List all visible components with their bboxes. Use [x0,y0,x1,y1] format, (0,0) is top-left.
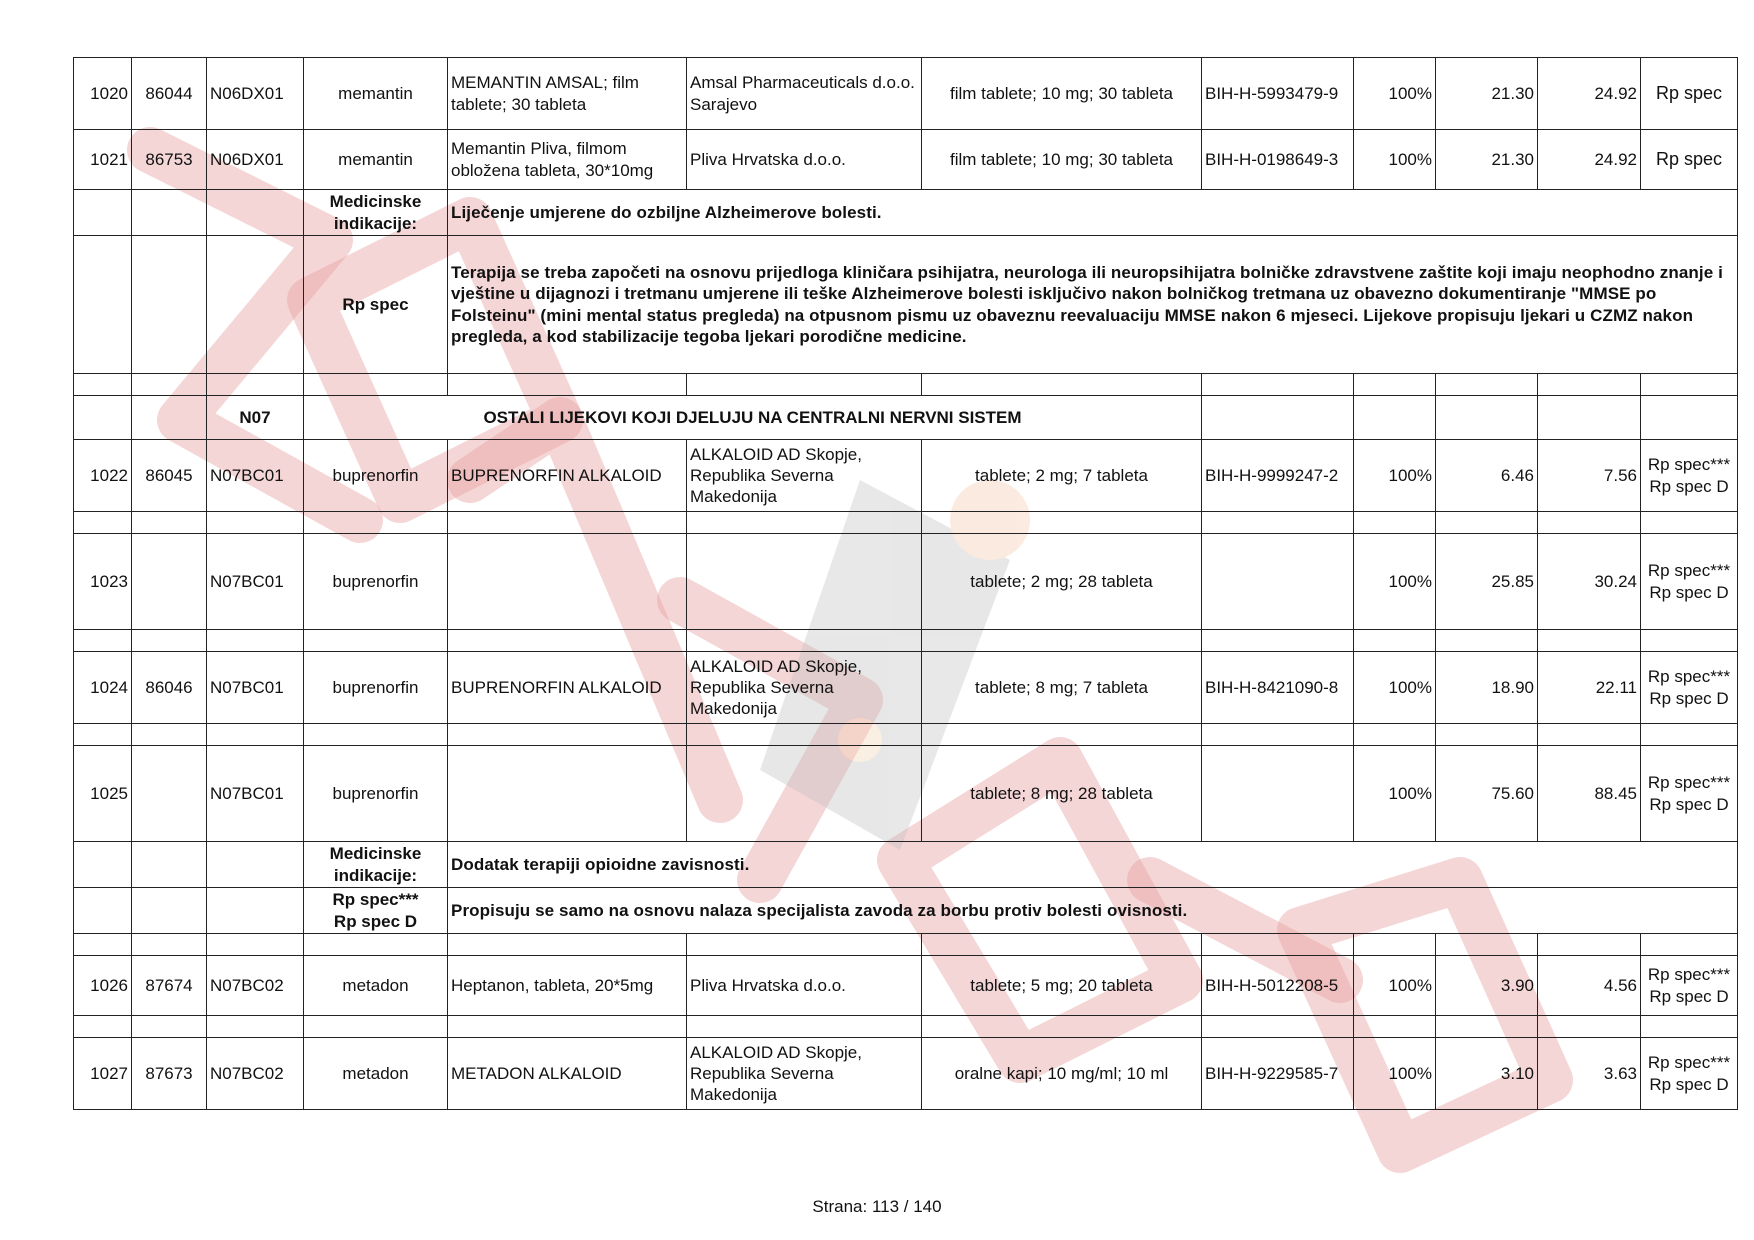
cell-rb: 1026 [74,956,132,1016]
cell-empty [1202,934,1354,956]
cell-atc: N07BC01 [207,652,304,724]
cell-price-2: 22.11 [1538,652,1641,724]
cell-empty [448,1016,687,1038]
cell-coverage: 100% [1354,956,1436,1016]
cell-empty [1641,1016,1738,1038]
cell-empty [687,512,922,534]
spacer-row [74,630,1738,652]
cell-empty [1436,1016,1538,1038]
table-row: 102286045N07BC01buprenorfinBUPRENORFIN A… [74,440,1738,512]
cell-empty [1436,724,1538,746]
cell-empty [207,934,304,956]
cell-registration [1202,534,1354,630]
cell-empty [1202,512,1354,534]
prescription-regime-label: Rp spec*** [1644,1052,1734,1073]
cell-atc: N07BC01 [207,746,304,842]
note-text: Dodatak terapiji opioidne zavisnosti. [448,842,1738,888]
cell-code: 87673 [132,1038,207,1110]
cell-price-1: 6.46 [1436,440,1538,512]
cell-empty [132,190,207,236]
cell-price-2: 4.56 [1538,956,1641,1016]
cell-inn: metadon [304,956,448,1016]
cell-coverage: 100% [1354,1038,1436,1110]
cell-price-1: 18.90 [1436,652,1538,724]
cell-trade-name: MEMANTIN AMSAL; film tablete; 30 tableta [448,58,687,130]
cell-empty [922,374,1202,396]
cell-empty [1354,374,1436,396]
cell-manufacturer: ALKALOID AD Skopje, Republika Severna Ma… [687,652,922,724]
cell-empty [1538,934,1641,956]
cell-empty [74,934,132,956]
cell-empty [1538,1016,1641,1038]
spacer-row [74,1016,1738,1038]
cell-coverage: 100% [1354,58,1436,130]
cell-inn: memantin [304,58,448,130]
note-text: Liječenje umjerene do ozbiljne Alzheimer… [448,190,1738,236]
cell-empty [922,934,1202,956]
cell-manufacturer: Pliva Hrvatska d.o.o. [687,956,922,1016]
note-label: Rp spec***Rp spec D [304,888,448,934]
cell-empty [687,374,922,396]
cell-empty [207,888,304,934]
cell-trade-name: BUPRENORFIN ALKALOID [448,652,687,724]
cell-coverage: 100% [1354,440,1436,512]
cell-registration: BIH-H-9229585-7 [1202,1038,1354,1110]
prescription-regime-label: Rp spec D [1644,794,1734,815]
cell-empty [1354,934,1436,956]
cell-price-2: 88.45 [1538,746,1641,842]
page-number: Strana: 113 / 140 [0,1197,1754,1217]
cell-form: tablete; 5 mg; 20 tableta [922,956,1202,1016]
prescription-regime-label: Rp spec*** [1644,772,1734,793]
cell-empty [304,934,448,956]
cell-empty [448,512,687,534]
cell-form: tablete; 8 mg; 28 tableta [922,746,1202,842]
cell-atc: N07BC01 [207,534,304,630]
cell-empty [1538,396,1641,440]
cell-empty [74,190,132,236]
cell-empty [207,190,304,236]
cell-empty [448,374,687,396]
cell-empty [1202,374,1354,396]
cell-empty [1436,396,1538,440]
cell-prescription-regime: Rp spec***Rp spec D [1641,440,1738,512]
cell-atc: N07BC02 [207,956,304,1016]
cell-empty [1436,934,1538,956]
cell-empty [1641,724,1738,746]
cell-empty [1202,1016,1354,1038]
cell-empty [74,888,132,934]
cell-empty [132,888,207,934]
prescription-regime-label: Rp spec D [1644,476,1734,497]
cell-empty [922,512,1202,534]
cell-empty [207,842,304,888]
cell-empty [1354,1016,1436,1038]
cell-empty [304,1016,448,1038]
cell-empty [1538,630,1641,652]
note-label-line: Rp spec*** [307,889,444,910]
cell-registration: BIH-H-9999247-2 [1202,440,1354,512]
cell-empty [1202,396,1354,440]
cell-rb: 1022 [74,440,132,512]
cell-prescription-regime: Rp spec***Rp spec D [1641,956,1738,1016]
cell-form: film tablete; 10 mg; 30 tableta [922,130,1202,190]
cell-empty [1354,396,1436,440]
group-title: OSTALI LIJEKOVI KOJI DJELUJU NA CENTRALN… [304,396,1202,440]
cell-trade-name: Heptanon, tableta, 20*5mg [448,956,687,1016]
cell-empty [448,630,687,652]
prescription-regime-label: Rp spec*** [1644,666,1734,687]
cell-price-2: 24.92 [1538,58,1641,130]
cell-empty [687,630,922,652]
cell-price-2: 7.56 [1538,440,1641,512]
cell-registration: BIH-H-5012208-5 [1202,956,1354,1016]
spacer-row [74,724,1738,746]
cell-rb: 1024 [74,652,132,724]
note-label-line: Rp spec [307,294,444,315]
cell-manufacturer [687,534,922,630]
spacer-row [74,512,1738,534]
cell-manufacturer: Amsal Pharmaceuticals d.o.o. Sarajevo [687,58,922,130]
cell-trade-name [448,746,687,842]
cell-form: oralne kapi; 10 mg/ml; 10 ml [922,1038,1202,1110]
cell-empty [922,630,1202,652]
note-label-line: indikacije: [307,865,444,886]
cell-price-2: 3.63 [1538,1038,1641,1110]
cell-empty [74,630,132,652]
cell-coverage: 100% [1354,130,1436,190]
note-label: Medicinskeindikacije: [304,190,448,236]
cell-code [132,746,207,842]
note-text: Propisuju se samo na osnovu nalaza speci… [448,888,1738,934]
cell-empty [74,236,132,374]
spacer-row [74,374,1738,396]
note-row: Medicinskeindikacije:Dodatak terapiji op… [74,842,1738,888]
table-row: 1023N07BC01buprenorfintablete; 2 mg; 28 … [74,534,1738,630]
cell-price-1: 3.90 [1436,956,1538,1016]
cell-inn: memantin [304,130,448,190]
cell-trade-name: BUPRENORFIN ALKALOID [448,440,687,512]
cell-rb: 1021 [74,130,132,190]
drug-registry-table: 102086044N06DX01memantinMEMANTIN AMSAL; … [73,57,1738,1110]
cell-empty [1436,630,1538,652]
prescription-regime-label: Rp spec*** [1644,454,1734,475]
cell-registration [1202,746,1354,842]
cell-code: 87674 [132,956,207,1016]
cell-manufacturer: ALKALOID AD Skopje, Republika Severna Ma… [687,440,922,512]
cell-form: tablete; 8 mg; 7 tableta [922,652,1202,724]
note-text: Terapija se treba započeti na osnovu pri… [448,236,1738,374]
cell-empty [687,934,922,956]
prescription-regime-label: Rp spec*** [1644,560,1734,581]
cell-empty [74,842,132,888]
table-body: 102086044N06DX01memantinMEMANTIN AMSAL; … [74,58,1738,1110]
cell-empty [304,512,448,534]
prescription-regime-label: Rp spec [1644,148,1734,171]
cell-empty [1538,724,1641,746]
cell-price-1: 21.30 [1436,130,1538,190]
table-row: 102486046N07BC01buprenorfinBUPRENORFIN A… [74,652,1738,724]
cell-coverage: 100% [1354,534,1436,630]
cell-form: tablete; 2 mg; 28 tableta [922,534,1202,630]
cell-empty [207,724,304,746]
cell-empty [304,630,448,652]
cell-rb: 1020 [74,58,132,130]
cell-prescription-regime: Rp spec [1641,130,1738,190]
prescription-regime-label: Rp spec D [1644,1074,1734,1095]
cell-empty [1354,724,1436,746]
cell-prescription-regime: Rp spec***Rp spec D [1641,746,1738,842]
cell-atc: N07BC02 [207,1038,304,1110]
cell-rb: 1025 [74,746,132,842]
cell-rb: 1027 [74,1038,132,1110]
cell-empty [1538,374,1641,396]
cell-price-1: 25.85 [1436,534,1538,630]
group-atc-code: N07 [207,396,304,440]
cell-code: 86046 [132,652,207,724]
cell-empty [1538,512,1641,534]
cell-manufacturer [687,746,922,842]
cell-empty [74,1016,132,1038]
cell-code: 86753 [132,130,207,190]
cell-empty [207,236,304,374]
cell-form: tablete; 2 mg; 7 tableta [922,440,1202,512]
note-label-line: Rp spec D [307,911,444,932]
group-header-row: N07OSTALI LIJEKOVI KOJI DJELUJU NA CENTR… [74,396,1738,440]
cell-atc: N07BC01 [207,440,304,512]
cell-registration: BIH-H-0198649-3 [1202,130,1354,190]
prescription-regime-label: Rp spec D [1644,582,1734,603]
cell-price-1: 75.60 [1436,746,1538,842]
cell-inn: buprenorfin [304,746,448,842]
cell-prescription-regime: Rp spec [1641,58,1738,130]
prescription-regime-label: Rp spec [1644,82,1734,105]
cell-empty [304,374,448,396]
cell-empty [74,512,132,534]
note-label: Rp spec [304,236,448,374]
cell-empty [132,1016,207,1038]
cell-empty [1641,396,1738,440]
cell-coverage: 100% [1354,652,1436,724]
cell-prescription-regime: Rp spec***Rp spec D [1641,652,1738,724]
cell-trade-name [448,534,687,630]
cell-empty [1354,512,1436,534]
cell-inn: buprenorfin [304,534,448,630]
note-row: Medicinskeindikacije:Liječenje umjerene … [74,190,1738,236]
table-row: 102086044N06DX01memantinMEMANTIN AMSAL; … [74,58,1738,130]
cell-empty [132,236,207,374]
note-label-line: indikacije: [307,213,444,234]
cell-empty [74,724,132,746]
cell-empty [922,1016,1202,1038]
cell-empty [132,374,207,396]
cell-trade-name: METADON ALKALOID [448,1038,687,1110]
note-row: Rp spec***Rp spec DPropisuju se samo na … [74,888,1738,934]
cell-empty [1641,374,1738,396]
cell-atc: N06DX01 [207,130,304,190]
cell-empty [74,374,132,396]
cell-empty [1202,630,1354,652]
cell-empty [132,724,207,746]
cell-empty [207,512,304,534]
cell-empty [448,724,687,746]
cell-price-2: 30.24 [1538,534,1641,630]
prescription-regime-label: Rp spec D [1644,986,1734,1007]
cell-prescription-regime: Rp spec***Rp spec D [1641,1038,1738,1110]
cell-empty [1641,934,1738,956]
cell-empty [1436,512,1538,534]
cell-empty [132,396,207,440]
cell-empty [1354,630,1436,652]
cell-empty [922,724,1202,746]
table-row: 1025N07BC01buprenorfintablete; 8 mg; 28 … [74,746,1738,842]
cell-code [132,534,207,630]
cell-empty [132,842,207,888]
table-row: 102186753N06DX01memantinMemantin Pliva, … [74,130,1738,190]
note-row: Rp specTerapija se treba započeti na osn… [74,236,1738,374]
spacer-row [74,934,1738,956]
note-label-line: Medicinske [307,191,444,212]
cell-atc: N06DX01 [207,58,304,130]
cell-manufacturer: ALKALOID AD Skopje, Republika Severna Ma… [687,1038,922,1110]
cell-empty [207,374,304,396]
note-label: Medicinskeindikacije: [304,842,448,888]
cell-empty [1436,374,1538,396]
cell-prescription-regime: Rp spec***Rp spec D [1641,534,1738,630]
cell-registration: BIH-H-5993479-9 [1202,58,1354,130]
cell-inn: buprenorfin [304,440,448,512]
cell-trade-name: Memantin Pliva, filmom obložena tableta,… [448,130,687,190]
cell-coverage: 100% [1354,746,1436,842]
cell-empty [687,724,922,746]
prescription-regime-label: Rp spec*** [1644,964,1734,985]
cell-price-1: 3.10 [1436,1038,1538,1110]
table-row: 102787673N07BC02metadonMETADON ALKALOIDA… [74,1038,1738,1110]
cell-empty [304,724,448,746]
cell-rb: 1023 [74,534,132,630]
cell-form: film tablete; 10 mg; 30 tableta [922,58,1202,130]
table-row: 102687674N07BC02metadonHeptanon, tableta… [74,956,1738,1016]
cell-manufacturer: Pliva Hrvatska d.o.o. [687,130,922,190]
cell-code: 86044 [132,58,207,130]
cell-empty [207,1016,304,1038]
cell-empty [448,934,687,956]
cell-price-2: 24.92 [1538,130,1641,190]
cell-empty [687,1016,922,1038]
cell-empty [1641,512,1738,534]
prescription-regime-label: Rp spec D [1644,688,1734,709]
cell-empty [1202,724,1354,746]
cell-registration: BIH-H-8421090-8 [1202,652,1354,724]
cell-empty [207,630,304,652]
cell-price-1: 21.30 [1436,58,1538,130]
cell-inn: buprenorfin [304,652,448,724]
note-label-line: Medicinske [307,843,444,864]
cell-empty [132,934,207,956]
cell-empty [132,630,207,652]
cell-inn: metadon [304,1038,448,1110]
cell-empty [74,396,132,440]
cell-empty [132,512,207,534]
cell-code: 86045 [132,440,207,512]
cell-empty [1641,630,1738,652]
